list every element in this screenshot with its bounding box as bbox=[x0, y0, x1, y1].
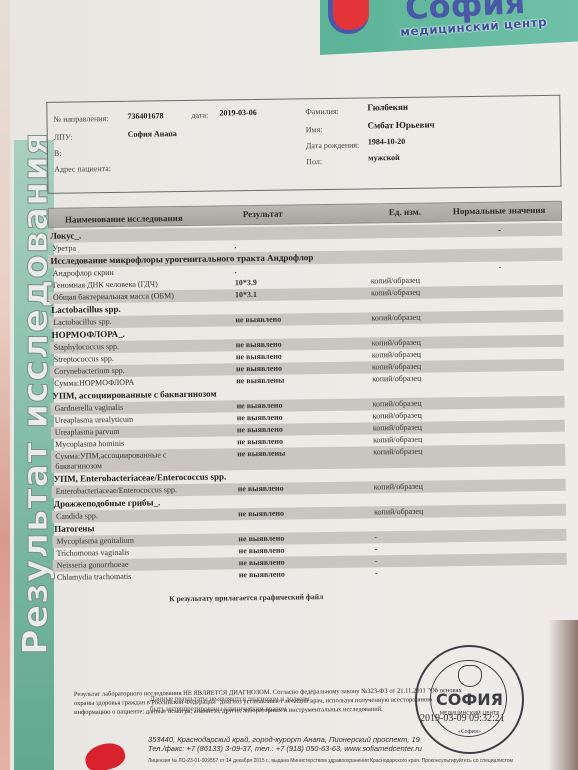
address-line-2: Тел./факс: +7 (86133) 3-09-37, тел.: +7 … bbox=[148, 744, 422, 753]
cell-name: Gardnerella vaginalis bbox=[54, 403, 123, 413]
cell-result: не выявлено bbox=[239, 558, 285, 568]
cell-result: 10*3.1 bbox=[235, 290, 257, 299]
cell-name: Neisseria gonorrhoeae bbox=[57, 560, 129, 570]
shadow bbox=[548, 620, 578, 770]
cell-unit: копий/образец bbox=[372, 374, 421, 384]
lpu-value: София Анапа bbox=[128, 129, 177, 139]
cell-unit: копий/образец bbox=[372, 399, 421, 409]
cell-result: не выявлено bbox=[235, 315, 281, 325]
cell-result: не выявлено bbox=[238, 534, 284, 544]
cell-unit: копий/образец bbox=[373, 435, 422, 445]
cell-name: УПМ, ассоциированные с баквагинозом bbox=[52, 389, 216, 401]
cell-unit: копий/образец bbox=[374, 507, 423, 517]
cell-unit: копий/образец bbox=[372, 350, 421, 360]
cell-name: Enterobacteriaceae/Enterococcus spp. bbox=[56, 485, 177, 496]
patient-info-box: № направления: 736401678 дата: 2019-03-0… bbox=[46, 95, 561, 194]
lab-report: № направления: 736401678 дата: 2019-03-0… bbox=[40, 75, 567, 605]
cell-norm: - bbox=[499, 263, 502, 272]
cell-result: не выявлено bbox=[237, 413, 283, 423]
stamp-heart-icon bbox=[458, 665, 482, 687]
cell-unit: копий/образец bbox=[371, 313, 420, 323]
cell-name: Сумма:УПМ,ассоциированные с баквагинозом bbox=[55, 450, 205, 472]
cell-result: не выявлено bbox=[238, 509, 284, 519]
cell-result: не выявлено bbox=[238, 484, 284, 494]
cell-unit: - bbox=[375, 556, 378, 565]
cell-name: Mycoplasma hominis bbox=[55, 439, 124, 449]
cell-result: не выявлено bbox=[237, 437, 283, 447]
cell-name: Corynebacterium spp. bbox=[54, 366, 125, 376]
cell-name: Сумма:НОРМОФЛОРА bbox=[54, 378, 134, 388]
cell-unit: копий/образец bbox=[371, 288, 420, 298]
cell-result: не выявлено bbox=[236, 352, 282, 362]
address-line-1: 353440, Краснодарский край, город-курорт… bbox=[148, 735, 422, 744]
name-label: Имя: bbox=[306, 125, 323, 134]
sex: мужской bbox=[368, 153, 400, 162]
birth-date-label: Дата рождения: bbox=[306, 141, 359, 151]
print-datetime: 2019-03-09 09:32:21 bbox=[420, 713, 505, 724]
cell-name: Ureaplasma urealyticum bbox=[55, 415, 134, 425]
patient-name: Смбат Юрьевич bbox=[368, 119, 435, 130]
clinic-stamp: СОФИЯ МЕДИЦИНСКИЙ ЦЕНТР «София» bbox=[415, 645, 524, 754]
cell-name: УПМ, Enterobacteriaceae/Enterococcus spp… bbox=[53, 471, 226, 483]
col-name: Наименование исследования bbox=[65, 213, 183, 225]
cell-name: Уретра bbox=[52, 244, 76, 253]
cell-name: Candida spp. bbox=[56, 511, 98, 521]
surname: Гюлбекян bbox=[367, 102, 408, 113]
cell-name: Lactobacillus spp. bbox=[51, 304, 121, 315]
cell-result: 10*3.9 bbox=[235, 278, 257, 287]
cell-result: . bbox=[234, 241, 236, 250]
referral-number: 736401678 bbox=[127, 111, 163, 121]
cell-result: не выявлено bbox=[236, 364, 282, 374]
cell-name: Дрожжеподобные грибы_. bbox=[54, 497, 161, 508]
cell-name: Локус_. bbox=[50, 230, 81, 240]
referral-number-label: № направления: bbox=[53, 114, 108, 124]
cell-name: Ureaplasma parvum bbox=[55, 427, 120, 437]
stamp-title: СОФИЯ bbox=[417, 690, 522, 709]
surname-label: Фамилия: bbox=[305, 107, 339, 116]
cell-result: не выявлено bbox=[239, 570, 285, 580]
cell-unit: - bbox=[374, 544, 377, 553]
v-label: В: bbox=[54, 149, 62, 158]
cell-unit: копий/образец bbox=[373, 411, 422, 421]
cell-name: Chlamydia trachomatis bbox=[57, 572, 132, 582]
cell-result: не выявлено bbox=[236, 401, 282, 411]
overprint-text: Данные результаты не являются диагнозом … bbox=[150, 694, 320, 714]
cell-name: Общая бактериальная масса (ОБМ) bbox=[53, 291, 174, 302]
cell-unit: копий/образец bbox=[373, 423, 422, 433]
col-result: Результат bbox=[243, 209, 283, 220]
cell-result: . bbox=[235, 266, 237, 275]
cell-name: Патогены bbox=[54, 523, 94, 534]
date-label: дата: bbox=[191, 111, 208, 120]
birth-date: 1984-10-20 bbox=[368, 137, 405, 147]
cell-unit: копий/образец bbox=[372, 362, 421, 372]
results-table: Локус_.-Уретра.Исследование микрофлоры у… bbox=[48, 223, 567, 584]
cell-result: не выявлено bbox=[236, 340, 282, 350]
clinic-address: 353440, Краснодарский край, город-курорт… bbox=[148, 735, 422, 753]
cell-unit: копий/образец bbox=[372, 338, 421, 348]
cell-name: Геномная ДНК человека (ГДЧ) bbox=[53, 279, 158, 289]
sex-label: Пол: bbox=[306, 157, 322, 166]
cell-name: НОРМОФЛОРА_. bbox=[51, 329, 124, 340]
cell-result: не выявлено bbox=[239, 546, 285, 556]
cell-result: не выявлены bbox=[237, 449, 285, 459]
cell-unit: копий/образец bbox=[374, 482, 423, 492]
cell-name: Streptococcus spp. bbox=[54, 354, 114, 364]
cell-name: Staphylococcus spp. bbox=[54, 342, 119, 352]
cell-name: Lactobacillus spp. bbox=[53, 317, 111, 327]
cell-unit: - bbox=[374, 532, 377, 541]
cell-unit: копий/образец bbox=[373, 447, 422, 457]
cell-name: Trichomonas vaginalis bbox=[57, 548, 130, 558]
cell-unit: копий/образец bbox=[371, 276, 420, 286]
col-unit: Ед. изм. bbox=[389, 207, 421, 217]
referral-date: 2019-03-06 bbox=[219, 108, 256, 118]
stamp-name: «София» bbox=[417, 729, 522, 735]
license-text: Лицензия № ЛО-23-01-009557 от 14 декабря… bbox=[148, 758, 513, 764]
col-norm: Нормальные значения bbox=[453, 205, 546, 216]
cell-name: Mycoplasma genitalium bbox=[56, 536, 134, 546]
cell-name: Андрофлор скрин bbox=[53, 268, 114, 278]
cell-result: не выявлены bbox=[236, 376, 284, 386]
lpu-label: ЛПУ: bbox=[54, 133, 73, 142]
cell-unit: - bbox=[375, 568, 378, 577]
address-label: Адрес пациента: bbox=[54, 164, 111, 174]
cell-result: не выявлено bbox=[237, 425, 283, 435]
cell-norm: - bbox=[498, 225, 501, 235]
